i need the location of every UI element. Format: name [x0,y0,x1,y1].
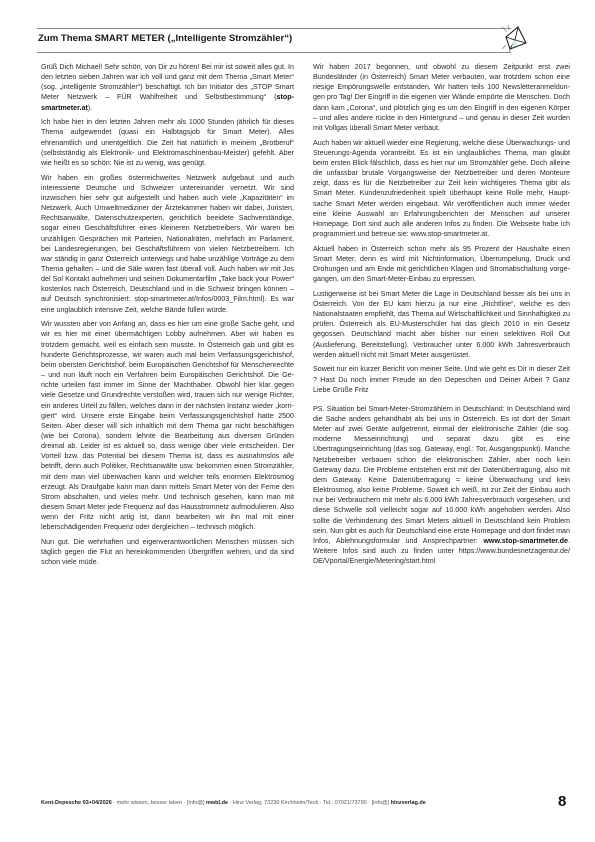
envelope-sparkle-icon [500,23,530,55]
paragraph: Auch haben wir aktuell wieder eine Regie… [313,138,570,240]
left-column: Grüß Dich Michael! Sehr schön, von Dir z… [41,62,294,572]
paragraph-postscript: PS. Situation bei Smart-Meter-Stromzähle… [313,404,570,567]
section-header: Zum Thema SMART METER („Intelligente Str… [37,28,511,53]
paragraph: Aktuell haben in Österreich schon mehr a… [313,244,570,285]
paragraph: Lustigerweise ist bei Smart Meter die La… [313,289,570,360]
page-number: 8 [558,793,566,810]
page-footer: Kent-Depesche 03+04/2026 · mehr wissen, … [41,800,541,806]
hinzverlag-link[interactable]: hinzverlag.de [391,800,426,806]
paragraph: Wir haben ein großes österreichweites Ne… [41,173,294,315]
paragraph: Wir haben 2017 begonnen, und obwohl zu d… [313,62,570,133]
paragraph: Nun gut. Die wehrhaften und eigenverantw… [41,537,294,567]
publication-name: Kent-Depesche 03+04/2026 [41,800,112,806]
mwbl-link[interactable]: mwbl.de [206,800,228,806]
paragraph: Ich habe hier in den letzten Jahren mehr… [41,117,294,168]
paragraph-greeting: Grüß Dich Michael! Sehr schön, von Dir z… [41,62,294,113]
paragraph-closing: Soweit nur ein kurzer Bericht von meiner… [313,364,570,394]
stop-smartmeter-de-link[interactable]: www.stop-smartmeter.de [483,537,568,545]
paragraph: Wir wussten aber von Anfang an, dass es … [41,319,294,532]
page-title: Zum Thema SMART METER („Intelligente Str… [38,33,292,44]
right-column: Wir haben 2017 begonnen, und obwohl zu d… [313,62,570,571]
